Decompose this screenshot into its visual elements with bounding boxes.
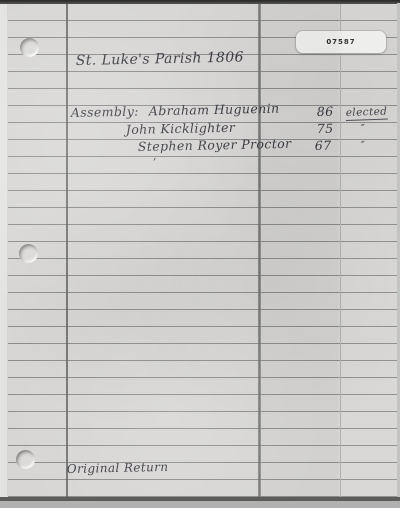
office-label: Assembly: [71,104,139,120]
stray-pen-mark: ’ [153,156,157,169]
fold-crease [258,3,261,498]
vote-count: 75 [317,121,334,136]
result-row: Stephen Royer Proctor [138,136,292,154]
archival-number: 07587 [326,38,355,46]
punch-hole-bottom [16,450,35,469]
footer-note: Original Return [67,460,169,476]
scanned-document-page: 07587 St. Luke's Parish 1806 Assembly:Ab… [0,0,400,508]
elected-note: elected [346,106,388,121]
faint-fold-crease [340,3,341,498]
vote-count: 86 [317,104,334,119]
margin-line [66,3,68,498]
vote-count: 67 [315,138,332,153]
candidate-name: Abraham Huguenin [149,101,280,119]
ditto-mark: ″ [361,139,366,152]
scanner-background [0,501,400,508]
punch-hole-top [20,38,39,57]
archival-number-sticker: 07587 [296,31,386,53]
result-row: John Kicklighter [126,120,236,137]
punch-hole-middle [19,244,38,263]
candidate-name: Stephen Royer Proctor [138,136,292,154]
ditto-mark: ″ [361,122,366,135]
scan-top-edge [0,0,400,4]
candidate-name: John Kicklighter [126,120,236,137]
